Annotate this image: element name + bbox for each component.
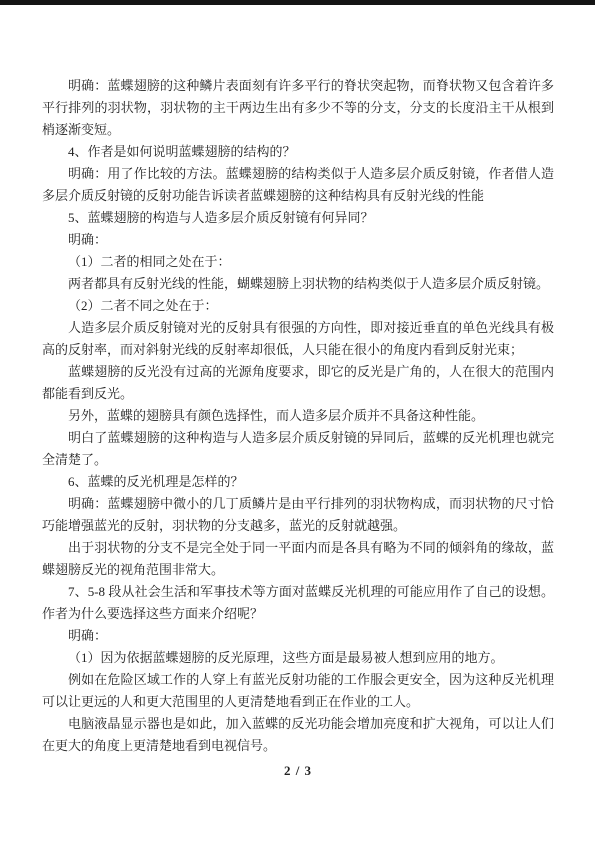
paragraph: 出于羽状物的分支不是完全处于同一平面内而是各具有略为不同的倾斜角的缘故，蓝蝶翅膀… (42, 537, 554, 581)
paragraph: 例如在危险区域工作的人穿上有蓝光反射功能的工作服会更安全，因为这种反光机理可以让… (42, 669, 554, 713)
paragraph: 明确： (42, 625, 554, 647)
paragraph: 7、5-8 段从社会生活和军事技术等方面对蓝蝶反光机理的可能应用作了自己的设想。… (42, 581, 554, 625)
document-text: 明确：蓝蝶翅膀的这种鳞片表面刻有许多平行的脊状突起物，而脊状物又包含着许多平行排… (42, 75, 554, 757)
paragraph: （2）二者不同之处在于： (42, 295, 554, 317)
paragraph: 5、蓝蝶翅膀的构造与人造多层介质反射镜有何异同？ (42, 207, 554, 229)
paragraph: 4、作者是如何说明蓝蝶翅膀的结构的？ (42, 141, 554, 163)
paragraph: 人造多层介质反射镜对光的反射具有很强的方向性，即对接近垂直的单色光线具有极高的反… (42, 317, 554, 361)
page-body: 明确：蓝蝶翅膀的这种鳞片表面刻有许多平行的脊状突起物，而脊状物又包含着许多平行排… (0, 5, 595, 782)
paragraph: 明确： (42, 229, 554, 251)
page-number: 2 / 3 (42, 760, 554, 782)
paragraph: 明确：用了作比较的方法。蓝蝶翅膀的结构类似于人造多层介质反射镜，作者借人造多层介… (42, 163, 554, 207)
paragraph: 另外，蓝蝶的翅膀具有颜色选择性，而人造多层介质并不具备这种性能。 (42, 405, 554, 427)
paragraph: 明白了蓝蝶翅膀的这种构造与人造多层介质反射镜的异同后，蓝蝶的反光机理也就完全清楚… (42, 427, 554, 471)
paragraph: 蓝蝶翅膀的反光没有过高的光源角度要求，即它的反光是广角的，人在很大的范围内都能看… (42, 361, 554, 405)
paragraph: （1）因为依据蓝蝶翅膀的反光原理，这些方面是最易被人想到应用的地方。 (42, 647, 554, 669)
paragraph: 电脑液晶显示器也是如此，加入蓝蝶的反光功能会增加亮度和扩大视角，可以让人们在更大… (42, 713, 554, 757)
paragraph: 两者都具有反射光线的性能，蝴蝶翅膀上羽状物的结构类似于人造多层介质反射镜。 (42, 273, 554, 295)
paragraph: 明确：蓝蝶翅膀中微小的几丁质鳞片是由平行排列的羽状物构成，而羽状物的尺寸恰巧能增… (42, 493, 554, 537)
document-page: { "page": { "top_border_color": "#141414… (0, 0, 595, 841)
paragraph: 明确：蓝蝶翅膀的这种鳞片表面刻有许多平行的脊状突起物，而脊状物又包含着许多平行排… (42, 75, 554, 141)
paragraph: 6、蓝蝶的反光机理是怎样的？ (42, 471, 554, 493)
paragraph: （1）二者的相同之处在于： (42, 251, 554, 273)
